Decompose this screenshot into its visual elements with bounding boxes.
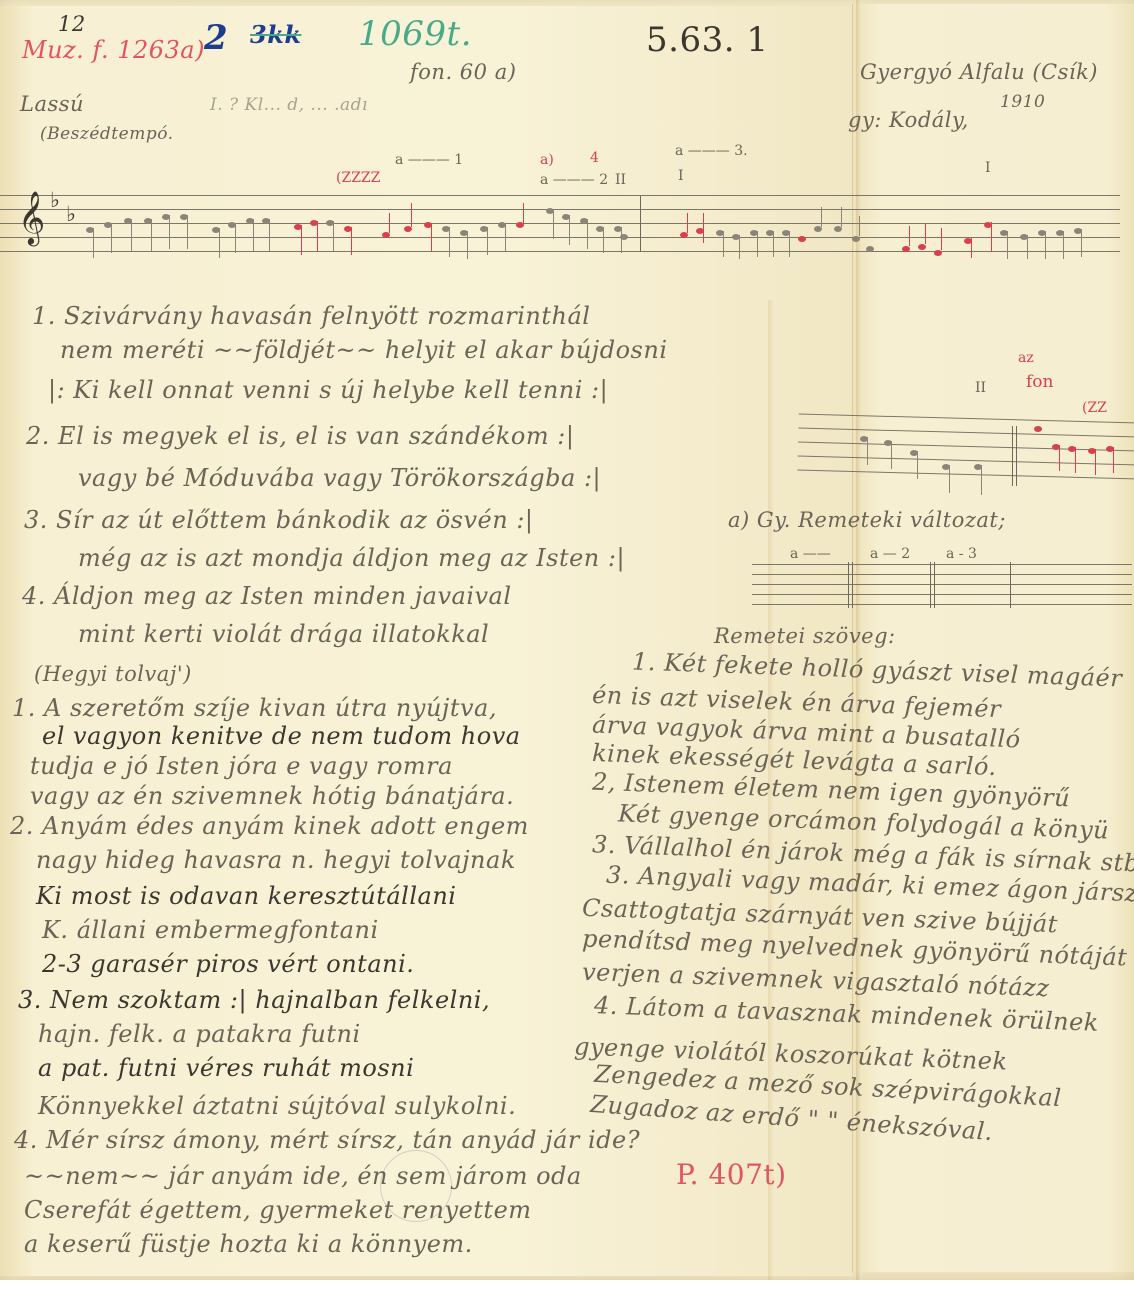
lyric-line: mint kerti violát drága illatokkal	[78, 620, 489, 648]
verse-number: 1.	[32, 302, 56, 330]
verse-number: 1.	[632, 647, 657, 676]
variant-mark: a — 2	[870, 546, 910, 562]
crossed-ref: 3kk	[250, 20, 301, 49]
main-staff	[0, 195, 1120, 255]
green-ref: 1069t.	[358, 14, 472, 54]
lyric-line: Nem szoktam :| hajnalban felkelni,	[50, 986, 490, 1014]
manuscript-page: 12 Muz. f. 1263a) 2 3kk 1069t. 5.63. 1 f…	[0, 0, 1134, 1280]
lyric-line: Sír az út előttem bánkodik az ösvén :|	[56, 506, 533, 534]
lyric-line: vagy bé Móduvába vagy Törökországba :|	[78, 464, 601, 492]
lyric-line: |: Ki kell onnat venni s új helybe kell …	[48, 376, 608, 404]
location: Gyergyó Alfalu (Csík)	[860, 60, 1098, 84]
lyric-line: a keserű füstje hozta ki a könnyem.	[24, 1230, 473, 1258]
tempo: Lassú	[20, 92, 84, 116]
verse-number: 2.	[26, 422, 50, 450]
lyric-line: Mér sírsz ámony, mért sírsz, tán anyád j…	[46, 1126, 640, 1154]
flat-sign-icon: ♭	[50, 188, 60, 212]
lyric-line: nagy hideg havasra n. hegyi tolvajnak	[36, 846, 516, 874]
lyric-line: Cserefát égettem, gyermeket renyettem	[24, 1196, 532, 1224]
lyric-line: K. állani embermegfontani	[42, 916, 379, 944]
catalog-number: 5.63. 1	[646, 20, 768, 60]
lyric-line: tudja e jó Isten jóra e vagy romra	[30, 752, 453, 780]
faint-note: I. ? Kl... d, ... .adı	[210, 95, 368, 115]
section-mark: I	[985, 160, 991, 176]
phonograph-ref: fon. 60 a)	[410, 60, 516, 84]
section-title: Remetei szöveg:	[714, 624, 896, 648]
verse-number: 3.	[592, 830, 617, 859]
ornament-label: (ZZZZ	[336, 170, 380, 186]
verse-number: 2,	[592, 768, 617, 797]
lyric-line: Szivárvány havasán felnyött rozmarinthál	[64, 302, 590, 330]
lyric-line: Ki most is odavan keresztútállani	[36, 882, 456, 910]
variant-staff	[752, 564, 1132, 604]
lyric-line: vagy az én szivemnek hótig bánatjára.	[30, 782, 514, 810]
lyric-line: még az is azt mondja áldjon meg az Isten…	[78, 544, 625, 572]
lyric-line: nem meréti ~~földjét~~ helyit el akar bú…	[60, 336, 668, 364]
lyric-line: 2-3 garasér piros vért ontani.	[42, 950, 414, 978]
archive-ref: Muz. f. 1263a)	[22, 36, 205, 64]
verse-number: 2.	[10, 812, 34, 840]
variant-mark: a - 3	[946, 546, 977, 562]
verse-number: 4.	[14, 1126, 38, 1154]
lyric-line: ~~nem~~ jár anyám ide, én sem járom oda	[24, 1162, 582, 1190]
variant-mark: a ——	[790, 546, 831, 562]
section-mark: a ——— 2	[540, 172, 608, 188]
section-mark: a ——— 3.	[675, 143, 748, 159]
section-mark: 4	[590, 150, 599, 166]
verse-number: 3.	[18, 986, 42, 1014]
lyric-line: Áldjon meg az Isten minden javaival	[54, 582, 512, 610]
section-mark: fon	[1026, 372, 1053, 392]
section-mark: II	[615, 172, 626, 188]
verse-number: 4.	[594, 991, 619, 1020]
red-ref: P. 407t)	[676, 1158, 787, 1191]
folio-number: 12	[58, 12, 86, 36]
verse-number: 1.	[12, 694, 36, 722]
lyric-line: Könnyekkel áztatni sújtóval sulykolni.	[38, 1092, 516, 1120]
flat-sign-icon: ♭	[66, 202, 76, 226]
treble-clef-icon: 𝄞	[18, 190, 46, 246]
lyric-line: Anyám édes anyám kinek adott engem	[42, 812, 529, 840]
variant-title: a) Gy. Remeteki változat;	[728, 508, 1006, 532]
tempo-note: (Beszédtempó.	[40, 124, 174, 144]
lyric-line: a pat. futni véres ruhát mosni	[38, 1054, 414, 1082]
verse-number: 3.	[24, 506, 48, 534]
continuation-staff	[797, 414, 1134, 479]
section-mark: I	[678, 168, 684, 184]
verse-number: 4.	[22, 582, 46, 610]
lyric-line: hajn. felk. a patakra futni	[38, 1020, 361, 1048]
section-mark: az	[1018, 350, 1034, 366]
section-mark: a)	[540, 152, 554, 168]
collector: gy: Kodály,	[848, 108, 969, 132]
section-mark: (ZZ	[1082, 400, 1107, 416]
section-mark: II	[975, 380, 986, 396]
year: 1910	[1000, 92, 1045, 112]
lyric-line: A szeretőm szíje kivan útra nyújtva,	[44, 694, 497, 722]
lyric-line: El is megyek el is, el is van szándékom …	[58, 422, 574, 450]
lyric-line: el vagyon kenitve de nem tudom hova	[42, 722, 521, 750]
song-title: (Hegyi tolvaj')	[34, 662, 192, 686]
section-mark: a ——— 1	[395, 152, 463, 168]
blue-number: 2	[204, 18, 228, 58]
